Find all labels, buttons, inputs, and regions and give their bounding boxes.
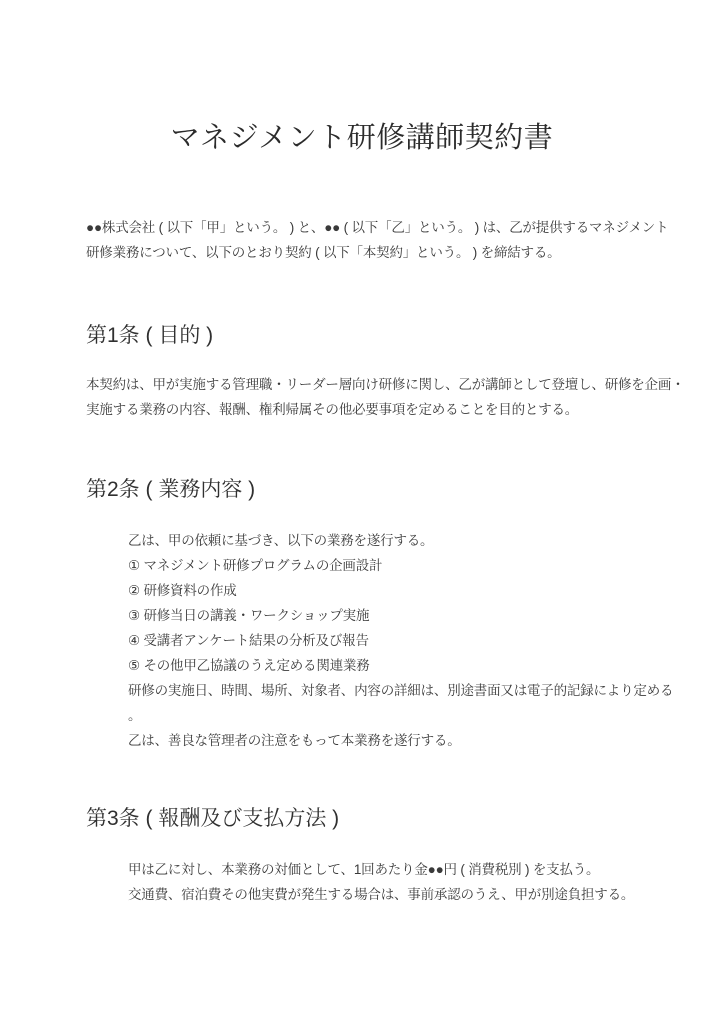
article-1-heading: 第1条 ( 目的 )	[0, 322, 724, 350]
article-2: 第2条 ( 業務内容 ) 乙は、甲の依頼に基づき、以下の業務を遂行する。 ① マ…	[0, 476, 724, 753]
article-2-heading: 第2条 ( 業務内容 )	[0, 476, 724, 504]
article-1-body: 本契約は、甲が実施する管理職・リーダー層向け研修に関し、乙が講師として登壇し、研…	[0, 372, 724, 422]
document-title: マネジメント研修講師契約書	[0, 0, 724, 156]
body-line: 本契約は、甲が実施する管理職・リーダー層向け研修に関し、乙が講師として登壇し、研…	[86, 372, 684, 397]
body-line: 交通費、宿泊費その他実費が発生する場合は、事前承認のうえ、甲が別途負担する。	[128, 882, 684, 907]
body-line: 研修の実施日、時間、場所、対象者、内容の詳細は、別途書面又は電子的記録により定め…	[128, 678, 684, 703]
list-item: ① マネジメント研修プログラムの企画設計	[128, 553, 684, 578]
article-3-heading: 第3条 ( 報酬及び支払方法 )	[0, 805, 724, 833]
list-item: ④ 受講者アンケート結果の分析及び報告	[128, 628, 684, 653]
article-2-body: 乙は、甲の依頼に基づき、以下の業務を遂行する。 ① マネジメント研修プログラムの…	[0, 528, 724, 753]
body-line: 甲は乙に対し、本業務の対価として、1回あたり金●●円 ( 消費税別 ) を支払う…	[128, 857, 684, 882]
body-line: 。	[128, 703, 684, 728]
body-line: 乙は、善良な管理者の注意をもって本業務を遂行する。	[128, 728, 684, 753]
body-line: 実施する業務の内容、報酬、権利帰属その他必要事項を定めることを目的とする。	[86, 397, 684, 422]
intro-paragraph: ●●株式会社 ( 以下「甲」という。 ) と、●● ( 以下「乙」という。 ) …	[0, 215, 724, 265]
list-item: ③ 研修当日の講義・ワークショップ実施	[128, 603, 684, 628]
list-item: ⑤ その他甲乙協議のうえ定める関連業務	[128, 653, 684, 678]
article-3: 第3条 ( 報酬及び支払方法 ) 甲は乙に対し、本業務の対価として、1回あたり金…	[0, 805, 724, 907]
article-3-body: 甲は乙に対し、本業務の対価として、1回あたり金●●円 ( 消費税別 ) を支払う…	[0, 857, 724, 907]
list-item: ② 研修資料の作成	[128, 578, 684, 603]
contract-document-page: マネジメント研修講師契約書 ●●株式会社 ( 以下「甲」という。 ) と、●● …	[0, 0, 724, 1024]
body-line: 乙は、甲の依頼に基づき、以下の業務を遂行する。	[128, 528, 684, 553]
article-1: 第1条 ( 目的 ) 本契約は、甲が実施する管理職・リーダー層向け研修に関し、乙…	[0, 322, 724, 422]
intro-line: 研修業務について、以下のとおり契約 ( 以下「本契約」という。 ) を締結する。	[86, 240, 684, 265]
intro-line: ●●株式会社 ( 以下「甲」という。 ) と、●● ( 以下「乙」という。 ) …	[86, 215, 684, 240]
